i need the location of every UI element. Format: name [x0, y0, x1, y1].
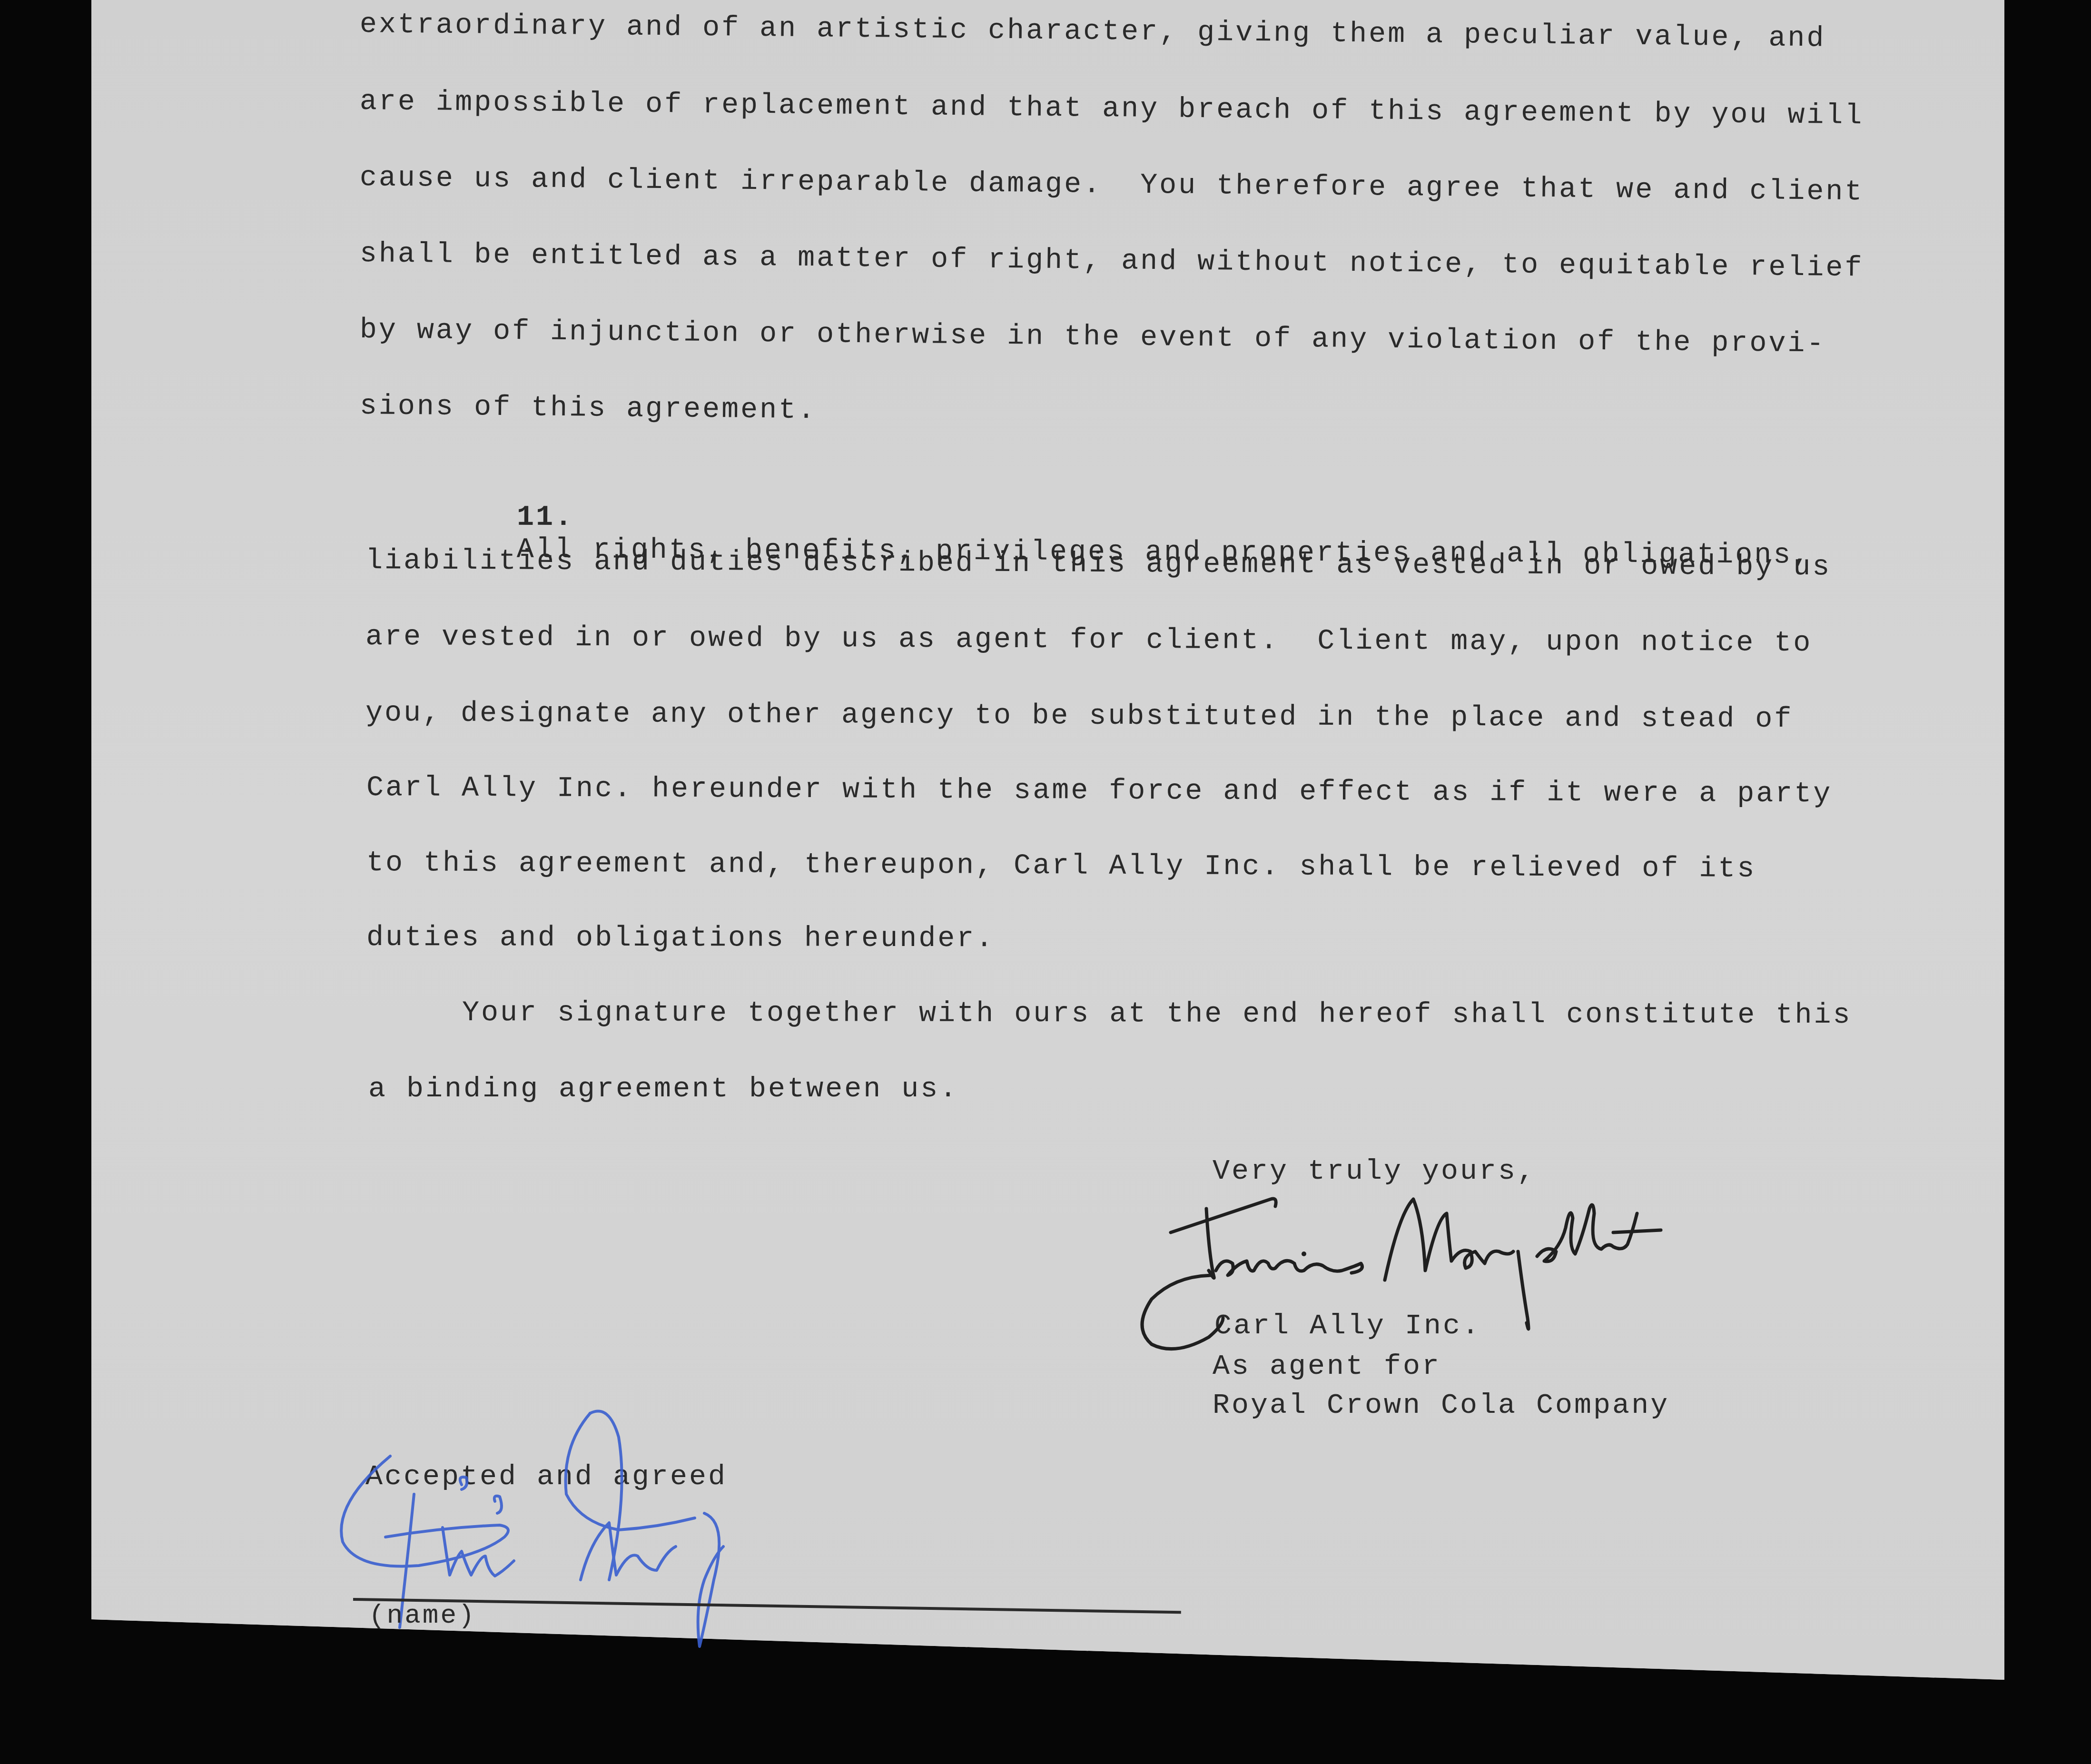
- body-line: a binding agreement between us.: [368, 1073, 958, 1105]
- body-line: Carl Ally Inc. hereunder with the same f…: [366, 772, 1833, 810]
- name-caption: (name): [369, 1600, 476, 1631]
- body-line: liabilities and duties described in this…: [365, 545, 1832, 583]
- body-line: Your signature together with ours at the…: [462, 997, 1852, 1032]
- paragraph-11-first-line: 11. All rights, benefits, privileges and…: [440, 469, 1812, 604]
- body-line: to this agreement and, thereupon, Carl A…: [366, 847, 1756, 886]
- signatory-client: Royal Crown Cola Company: [1213, 1390, 1669, 1422]
- body-line: duties and obligations hereunder.: [366, 922, 995, 955]
- body-line: are vested in or owed by us as agent for…: [365, 621, 1813, 660]
- body-line: sions of this agreement.: [360, 390, 817, 427]
- signatory-role: As agent for: [1213, 1350, 1441, 1383]
- closing-salutation: Very truly yours,: [1213, 1155, 1536, 1188]
- acceptance-label: Accepted and agreed: [365, 1461, 727, 1493]
- body-line: you, designate any other agency to be su…: [365, 697, 1794, 736]
- paragraph-number: 11.: [517, 502, 574, 534]
- signatory-company: Carl Ally Inc.: [1214, 1310, 1481, 1342]
